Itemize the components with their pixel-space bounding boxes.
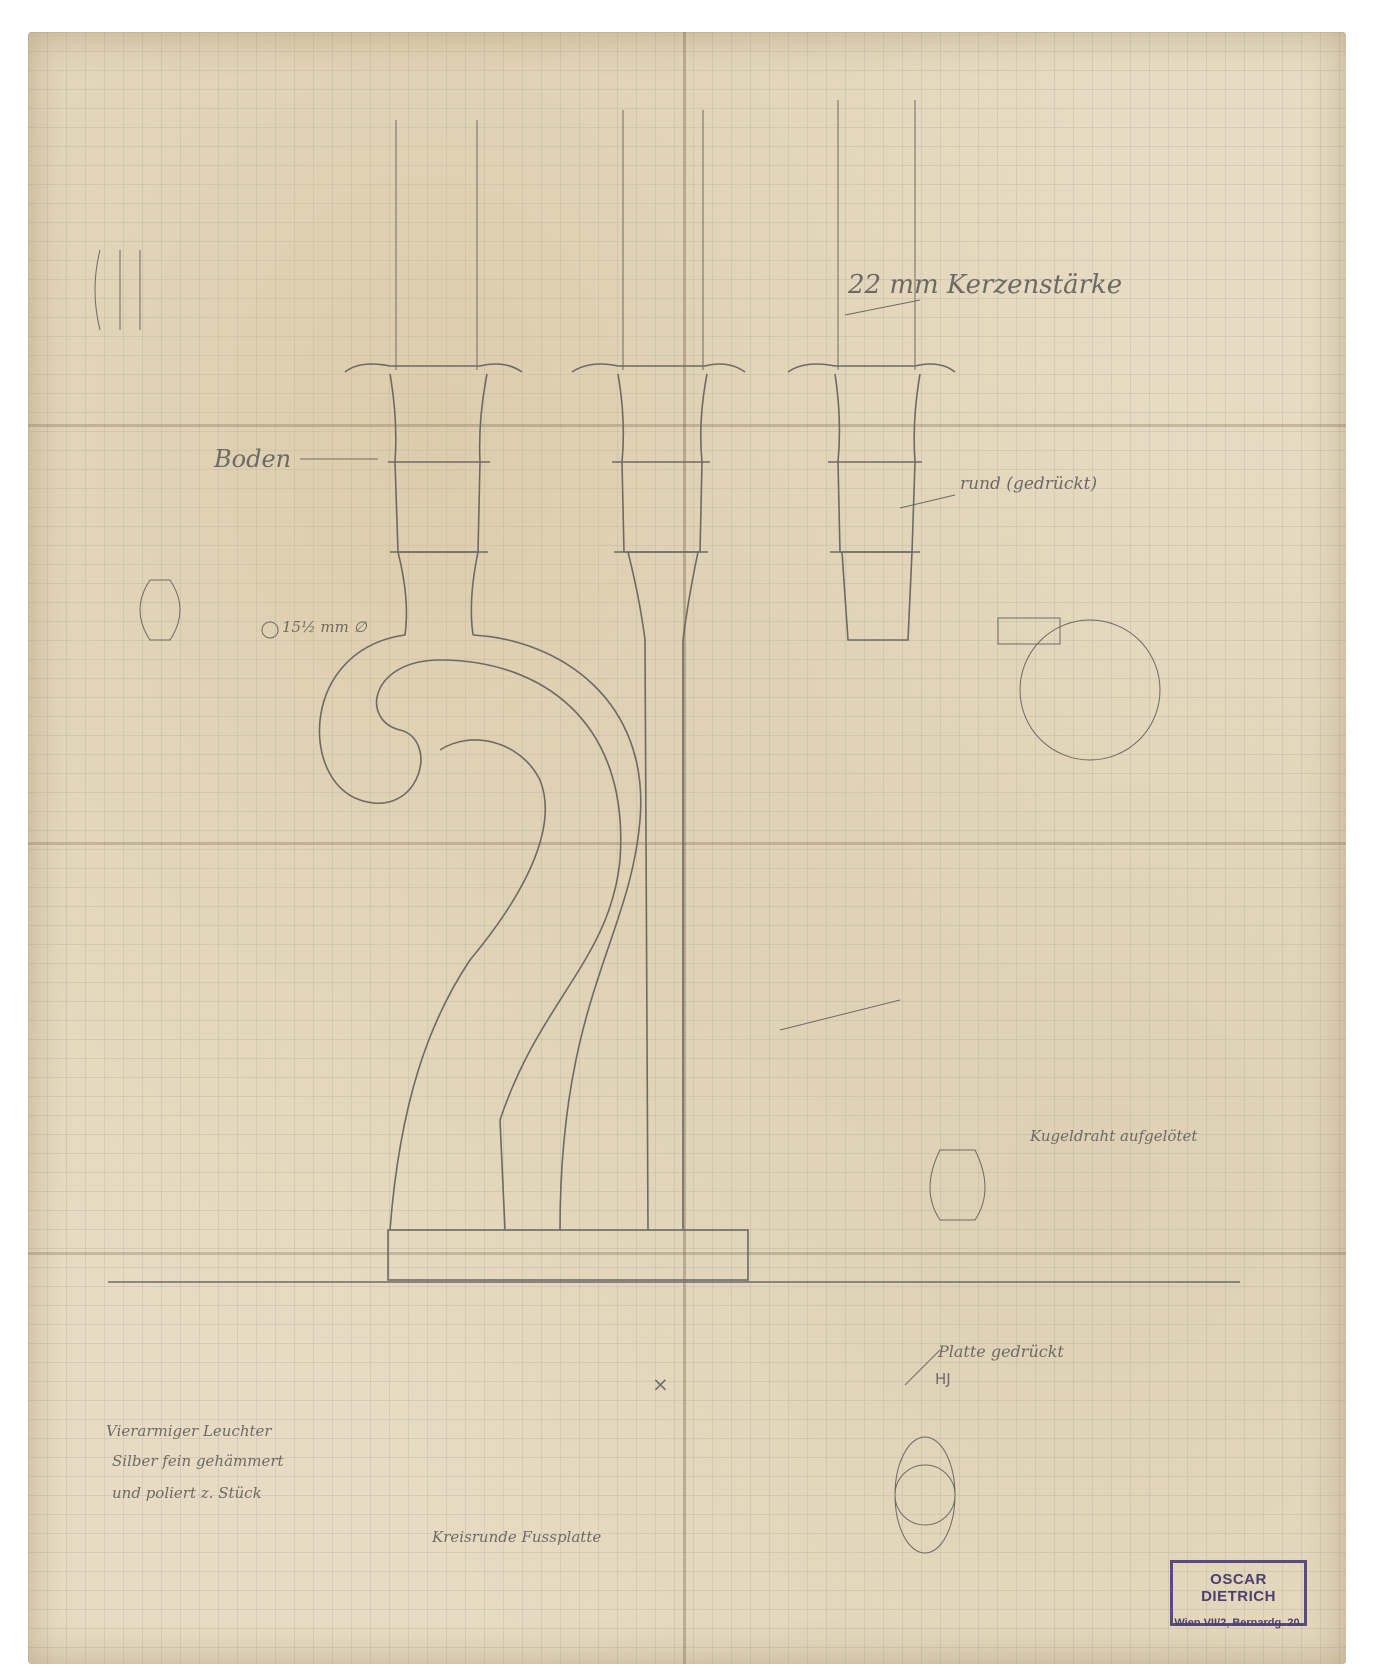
base (108, 1230, 1240, 1282)
scroll-arm (319, 635, 640, 1230)
stamp-name: OSCAR DIETRICH (1173, 1571, 1304, 1605)
annotation-description-line1: Vierarmiger Leuchter (106, 1422, 272, 1440)
candles (396, 100, 915, 370)
annotation-platte: Platte gedrückt (938, 1342, 1064, 1361)
annotation-diameter: 15½ mm ∅ (282, 618, 367, 636)
annotation-candle-strength: 22 mm Kerzenstärke (848, 270, 1122, 300)
annotation-kugeldraht: Kugeldraht aufgelötet (1030, 1127, 1197, 1145)
stamp-address: Wien VII/2, Bernardg. 20. (1173, 1617, 1304, 1629)
annotation-description-line3: und poliert z. Stück (112, 1484, 262, 1502)
maker-stamp: OSCAR DIETRICH Wien VII/2, Bernardg. 20. (1170, 1560, 1307, 1626)
annotation-base-plate: Kreisrunde Fussplatte (432, 1528, 601, 1546)
socket-right (788, 364, 955, 640)
annotation-boden: Boden (214, 445, 291, 473)
socket-middle (572, 364, 745, 1230)
annotation-initials: HJ (935, 1370, 951, 1388)
annotation-rund: rund (gedrückt) (960, 474, 1097, 494)
socket-left (345, 364, 522, 635)
cross-mark: × (652, 1372, 669, 1396)
annotation-description-line2: Silber fein gehämmert (112, 1452, 284, 1470)
